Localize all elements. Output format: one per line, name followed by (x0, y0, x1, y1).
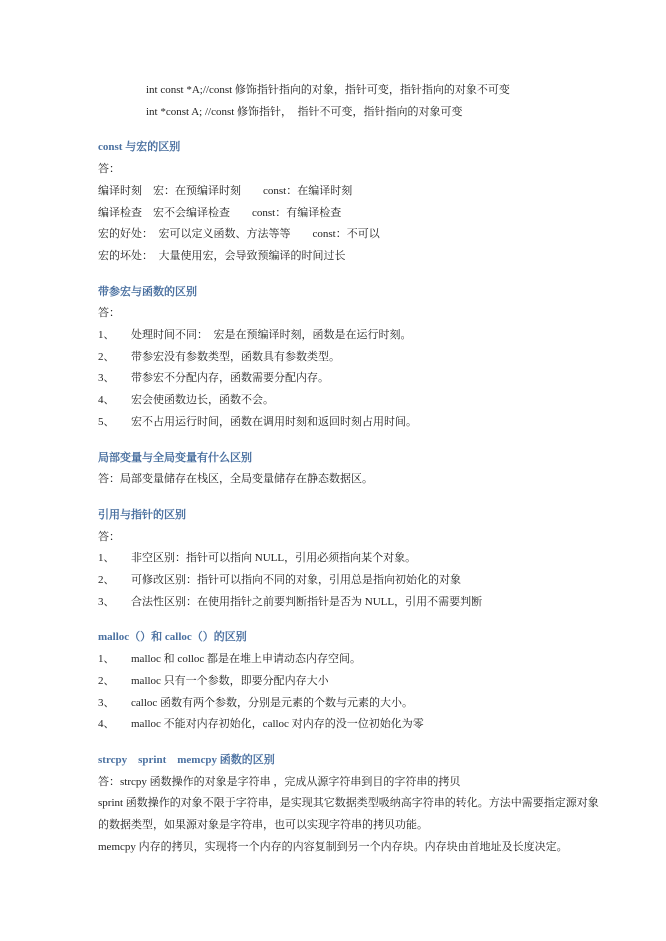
list-item: 2、 malloc 只有一个参数，即要分配内存大小 (98, 671, 606, 693)
text-line: 编译检查 宏不会编译检查 const：有编译检查 (98, 203, 606, 225)
section-const-vs-macro: const 与宏的区别 答： 编译时刻 宏：在预编译时刻 const：在编译时刻… (98, 137, 606, 267)
list-item: 3、 calloc 函数有两个参数，分别是元素的个数与元素的大小。 (98, 693, 606, 715)
list-item-number: 3、 (98, 693, 131, 715)
text-line: 答：局部变量储存在栈区，全局变量储存在静态数据区。 (98, 469, 606, 491)
list-item: 5、 宏不占用运行时间，函数在调用时刻和返回时刻占用时间。 (98, 412, 606, 434)
list-item-text: 带参宏没有参数类型，函数具有参数类型。 (131, 347, 606, 369)
section-reference-vs-pointer: 引用与指针的区别 答： 1、 非空区别：指针可以指向 NULL，引用必须指向某个… (98, 505, 606, 614)
section-heading: strcpy sprint memcpy 函数的区别 (98, 750, 606, 772)
list-item-number: 4、 (98, 390, 131, 412)
list-item-text: 带参宏不分配内存，函数需要分配内存。 (131, 368, 606, 390)
list-item-text: 可修改区别：指针可以指向不同的对象，引用总是指向初始化的对象 (131, 570, 606, 592)
text-line: 答：strcpy 函数操作的对象是字符串 ，完成从源字符串到目的字符串的拷贝 (98, 772, 606, 794)
list-item-text: malloc 只有一个参数，即要分配内存大小 (131, 671, 606, 693)
list-item: 4、 宏会使函数边长，函数不会。 (98, 390, 606, 412)
list-item-text: calloc 函数有两个参数，分别是元素的个数与元素的大小。 (131, 693, 606, 715)
list-item: 1、 malloc 和 colloc 都是在堆上申请动态内存空间。 (98, 649, 606, 671)
list-item: 2、 可修改区别：指针可以指向不同的对象，引用总是指向初始化的对象 (98, 570, 606, 592)
list-item-text: malloc 和 colloc 都是在堆上申请动态内存空间。 (131, 649, 606, 671)
text-line: 答： (98, 527, 606, 549)
list-item-number: 5、 (98, 412, 131, 434)
section-heading: malloc（）和 calloc（）的区别 (98, 627, 606, 649)
list-item-number: 3、 (98, 592, 131, 614)
section-malloc-vs-calloc: malloc（）和 calloc（）的区别 1、 malloc 和 colloc… (98, 627, 606, 736)
section-local-vs-global-variable: 局部变量与全局变量有什么区别 答：局部变量储存在栈区，全局变量储存在静态数据区。 (98, 448, 606, 491)
document-content: int const *A;//const 修饰指针指向的对象，指针可变，指针指向… (0, 0, 666, 859)
section-heading: 引用与指针的区别 (98, 505, 606, 527)
section-param-macro-vs-function: 带参宏与函数的区别 答： 1、 处理时间不同： 宏是在预编译时刻，函数是在运行时… (98, 282, 606, 434)
list-item-number: 2、 (98, 347, 131, 369)
text-line: 宏的好处： 宏可以定义函数、方法等等 const：不可以 (98, 224, 606, 246)
code-line: int *const A; //const 修饰指针， 指针不可变，指针指向的对… (98, 102, 606, 124)
list-item-number: 2、 (98, 671, 131, 693)
list-item: 1、 处理时间不同： 宏是在预编译时刻，函数是在运行时刻。 (98, 325, 606, 347)
text-line: 宏的坏处： 大量使用宏，会导致预编译的时间过长 (98, 246, 606, 268)
list-item-text: 非空区别：指针可以指向 NULL，引用必须指向某个对象。 (131, 548, 606, 570)
list-item-text: 宏不占用运行时间，函数在调用时刻和返回时刻占用时间。 (131, 412, 606, 434)
list-item-text: 宏会使函数边长，函数不会。 (131, 390, 606, 412)
list-item-number: 4、 (98, 714, 131, 736)
intro-code-block: int const *A;//const 修饰指针指向的对象，指针可变，指针指向… (98, 80, 606, 123)
text-line: 答： (98, 159, 606, 181)
list-item-number: 1、 (98, 649, 131, 671)
list-item-text: malloc 不能对内存初始化，calloc 对内存的没一位初始化为零 (131, 714, 606, 736)
section-heading: const 与宏的区别 (98, 137, 606, 159)
document-page: int const *A;//const 修饰指针指向的对象，指针可变，指针指向… (0, 0, 666, 941)
section-heading: 局部变量与全局变量有什么区别 (98, 448, 606, 470)
list-item: 3、 带参宏不分配内存，函数需要分配内存。 (98, 368, 606, 390)
section-heading: 带参宏与函数的区别 (98, 282, 606, 304)
text-line: sprint 函数操作的对象不限于字符串，是实现其它数据类型吸纳高字符串的转化。… (98, 793, 606, 815)
list-item-number: 2、 (98, 570, 131, 592)
text-line: 的数据类型，如果源对象是字符串，也可以实现字符串的拷贝功能。 (98, 815, 606, 837)
list-item-number: 3、 (98, 368, 131, 390)
list-item: 2、 带参宏没有参数类型，函数具有参数类型。 (98, 347, 606, 369)
list-item: 1、 非空区别：指针可以指向 NULL，引用必须指向某个对象。 (98, 548, 606, 570)
list-item: 4、 malloc 不能对内存初始化，calloc 对内存的没一位初始化为零 (98, 714, 606, 736)
list-item-number: 1、 (98, 325, 131, 347)
list-item: 3、 合法性区别：在使用指针之前要判断指针是否为 NULL，引用不需要判断 (98, 592, 606, 614)
text-line: 答： (98, 303, 606, 325)
list-item-number: 1、 (98, 548, 131, 570)
text-line: 编译时刻 宏：在预编译时刻 const：在编译时刻 (98, 181, 606, 203)
text-line: memcpy 内存的拷贝，实现将一个内存的内容复制到另一个内存块。内存块由首地址… (98, 837, 606, 859)
code-line: int const *A;//const 修饰指针指向的对象，指针可变，指针指向… (98, 80, 606, 102)
section-strcpy-sprint-memcpy: strcpy sprint memcpy 函数的区别 答：strcpy 函数操作… (98, 750, 606, 859)
list-item-text: 合法性区别：在使用指针之前要判断指针是否为 NULL，引用不需要判断 (131, 592, 606, 614)
list-item-text: 处理时间不同： 宏是在预编译时刻，函数是在运行时刻。 (131, 325, 606, 347)
